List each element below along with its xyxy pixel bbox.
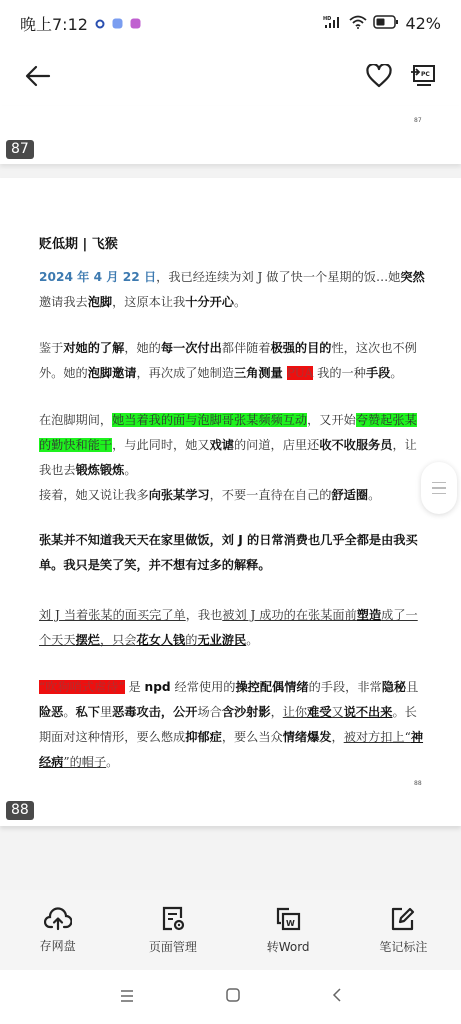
menu-line-icon xyxy=(432,493,446,495)
bottom-toolbar: 存网盘 页面管理 W 转Word 笔记标注 xyxy=(0,890,461,970)
heart-icon xyxy=(366,64,392,88)
status-bar: 晚上7:12 HD 42% xyxy=(0,0,461,46)
paragraph-1: 2024 年 4 月 22 日，我已经连续为刘 J 做了快一个星期的饭…她突然邀… xyxy=(39,265,425,315)
highlight-red[interactable]: PUA xyxy=(287,366,314,380)
section-title: 贬低期 | 飞猴 xyxy=(39,232,118,257)
paragraph-7: “吹狗哨式虐待” 是 npd 经常使用的操控配偶情绪的手段，非常隐秘且险恶。私下… xyxy=(39,675,425,775)
chevron-left-icon xyxy=(331,987,343,1003)
battery-percent: 42% xyxy=(405,14,441,33)
send-to-pc-button[interactable]: PC xyxy=(407,60,439,92)
paragraph-6: 刘 J 当着张某的面买完了单，我也被刘 J 成功的在张某面前塑造成了一个天天摆烂… xyxy=(39,603,425,653)
paragraph-3: 在泡脚期间，她当着我的面与泡脚哥张某频频互动，又开始夸赞起张某的勤快和能干，与此… xyxy=(39,408,425,483)
convert-to-word-button[interactable]: W 转Word xyxy=(231,890,346,970)
home-button[interactable] xyxy=(225,987,241,1007)
svg-text:W: W xyxy=(286,919,295,928)
page-footer-number: 88 xyxy=(414,780,422,787)
date-text: 2024 年 4 月 22 日 xyxy=(39,270,156,284)
pdf-page-88: 贬低期 | 飞猴 2024 年 4 月 22 日，我已经连续为刘 J 做了快一个… xyxy=(0,178,461,826)
convert-word-icon: W xyxy=(275,906,301,932)
edit-note-icon xyxy=(390,906,416,932)
highlight-green-1[interactable]: 她当着我的面与泡脚哥张某频频互动 xyxy=(112,413,307,427)
page-badge: 87 xyxy=(6,140,34,159)
paragraph-4: 接着，她又说让我多向张某学习，不要一直待在自己的舒适圈。 xyxy=(39,483,425,508)
send-to-pc-icon: PC xyxy=(410,64,436,88)
signal-icon: HD xyxy=(323,14,343,33)
recent-apps-button[interactable] xyxy=(119,988,135,1007)
page-footer-number: 87 xyxy=(414,117,422,124)
arrow-left-icon xyxy=(25,65,51,87)
floating-menu-button[interactable] xyxy=(421,462,457,514)
pdf-page-87: 87 87 xyxy=(0,106,461,164)
app-bar: PC xyxy=(0,46,461,106)
favorite-button[interactable] xyxy=(363,60,395,92)
battery-icon xyxy=(373,14,399,33)
note-annotate-button[interactable]: 笔记标注 xyxy=(346,890,461,970)
svg-text:PC: PC xyxy=(421,71,430,78)
back-button[interactable] xyxy=(22,60,54,92)
highlight-red-2[interactable]: “吹狗哨式虐待” xyxy=(39,680,125,694)
notification-icon-2 xyxy=(112,14,123,33)
system-nav-bar xyxy=(0,970,461,1024)
menu-icon xyxy=(119,989,135,1003)
nav-back-button[interactable] xyxy=(331,987,343,1007)
save-to-cloud-button[interactable]: 存网盘 xyxy=(0,890,115,970)
page-badge: 88 xyxy=(6,801,34,820)
menu-line-icon xyxy=(432,482,446,484)
paragraph-5: 张某并不知道我天天在家里做饭，刘 J 的日常消费也几乎全都是由我买单。我只是笑了… xyxy=(39,528,425,578)
menu-line-icon xyxy=(432,487,446,489)
notification-icon-3 xyxy=(130,14,141,33)
notification-icon-1 xyxy=(95,14,105,33)
status-time: 晚上7:12 xyxy=(20,12,88,35)
page-settings-icon xyxy=(160,906,186,932)
home-icon xyxy=(225,987,241,1003)
svg-text:HD: HD xyxy=(323,16,331,22)
cloud-upload-icon xyxy=(44,907,72,931)
page-management-button[interactable]: 页面管理 xyxy=(115,890,230,970)
wifi-icon xyxy=(349,14,367,33)
paragraph-2: 鉴于对她的了解，她的每一次付出都伴随着极强的目的性，这次也不例外。她的泡脚邀请，… xyxy=(39,336,425,386)
